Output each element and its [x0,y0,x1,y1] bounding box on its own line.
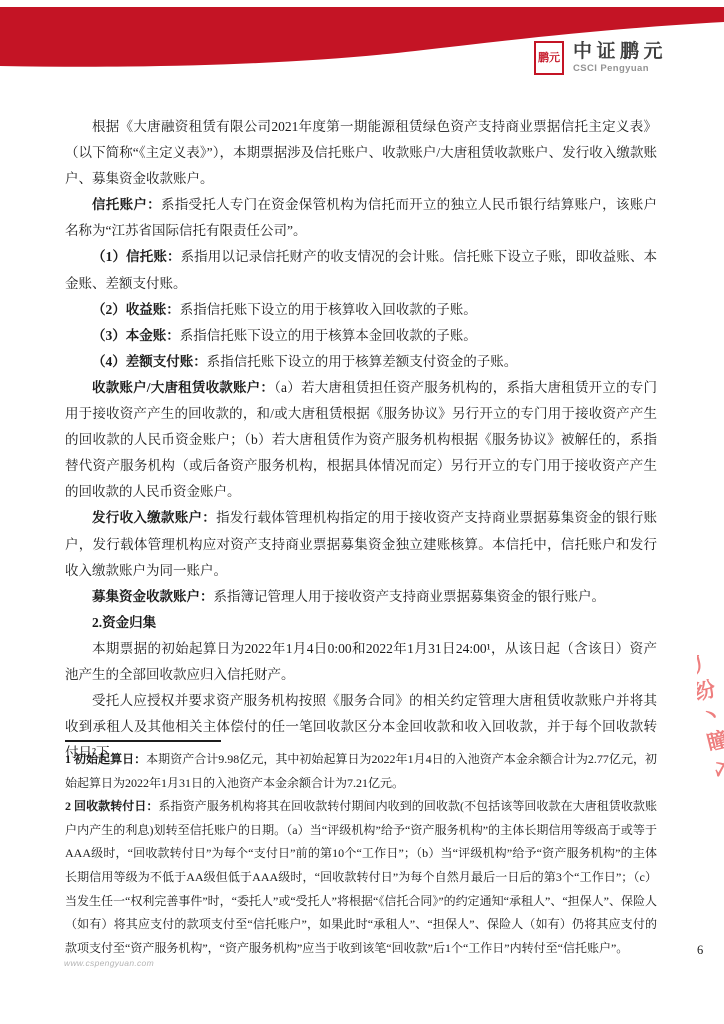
paragraph-intro: 根据《大唐融资租赁有限公司2021年度第一期能源租赁绿色资产支持商业票据信托主定… [65,114,657,192]
paragraph-lead: （2）收益账： [92,302,180,317]
footnote-text: 本期资产合计9.98亿元，其中初始起算日为2022年1月4日的入池资产本金余额合… [65,752,657,790]
section-heading-funds-pooling: 2.资金归集 [65,610,657,636]
footnote-text: 系指资产服务机构将其在回收款转付期间内收到的回收款(不包括该等回收款在大唐租赁收… [65,799,657,955]
paragraph-item-2: （2）收益账：系指信托账下设立的用于核算收入回收款的子账。 [65,297,657,323]
paragraph-item-4: （4）差额支付账：系指信托账下设立的用于核算差额支付资金的子账。 [65,349,657,375]
paragraph-text: 系指信托账下设立的用于核算差额支付资金的子账。 [207,354,518,369]
paragraph-text: 系指信托账下设立的用于核算本金回收款的子账。 [180,328,477,343]
paragraph-lead: 发行收入缴款账户： [92,510,216,525]
paragraph-text: 系指信托账下设立的用于核算收入回收款的子账。 [180,302,477,317]
paragraph-issue-payment-account: 发行收入缴款账户：指发行载体管理机构指定的用于接收资产支持商业票据募集资金的银行… [65,505,657,583]
footnote-lead: 2 回收款转付日： [65,799,159,813]
logo-name-english: CSCI Pengyuan [573,63,667,74]
paragraph-lead: 募集资金收款账户： [92,589,214,604]
paragraph-initial-date: 本期票据的初始起算日为2022年1月4日0:00和2022年1月31日24:00… [65,636,657,688]
paragraph-lead: （4）差额支付账： [92,354,207,369]
logo-name-chinese: 中证鹏元 [573,41,667,63]
paragraph-lead: （1）信托账： [92,249,181,264]
paragraph-raised-funds-account: 募集资金收款账户：系指簿记管理人用于接收资产支持商业票据募集资金的银行账户。 [65,584,657,610]
paragraph-lead: （3）本金账： [92,328,180,343]
paragraph-lead: 收款账户/大唐租赁收款账户： [92,380,274,395]
logo-seal-icon: 鹏元 [534,41,564,75]
footnote-2: 2 回收款转付日：系指资产服务机构将其在回收款转付期间内收到的回收款(不包括该等… [65,795,657,960]
footnote-separator-line [65,740,221,742]
paragraph-item-3: （3）本金账：系指信托账下设立的用于核算本金回收款的子账。 [65,323,657,349]
paragraph-item-1: （1）信托账：系指用以记录信托财产的收支情况的会计账。信托账下设立子账，即收益账… [65,244,657,296]
paragraph-collection-account: 收款账户/大唐租赁收款账户：（a）若大唐租赁担任资产服务机构的，系指大唐租赁开立… [65,375,657,505]
footnote-lead: 1 初始起算日： [65,752,146,766]
red-seal-stamp-glyphs: 丿 纷 丶 瞳 乄 [697,655,724,782]
page-number: 6 [697,943,703,958]
red-seal-stamp: 丿 纷 丶 瞳 乄 [697,655,724,807]
footnote-1: 1 初始起算日：本期资产合计9.98亿元，其中初始起算日为2022年1月4日的入… [65,748,657,795]
paragraph-text: （a）若大唐租赁担任资产服务机构的，系指大唐租赁开立的专门用于接收资产产生的回收… [65,380,657,499]
paragraph-text: 根据《大唐融资租赁有限公司2021年度第一期能源租赁绿色资产支持商业票据信托主定… [65,119,657,186]
footnotes-section: 1 初始起算日：本期资产合计9.98亿元，其中初始起算日为2022年1月4日的入… [65,740,657,960]
footer-website-url: www.cspengyuan.com [64,958,154,968]
document-body: 根据《大唐融资租赁有限公司2021年度第一期能源租赁绿色资产支持商业票据信托主定… [65,114,657,766]
company-logo: 鹏元 中证鹏元 CSCI Pengyuan [534,41,667,75]
paragraph-text: 本期票据的初始起算日为2022年1月4日0:00和2022年1月31日24:00… [65,641,657,682]
paragraph-text: 系指簿记管理人用于接收资产支持商业票据募集资金的银行账户。 [214,589,606,604]
logo-text-block: 中证鹏元 CSCI Pengyuan [573,41,667,74]
paragraph-lead: 信托账户： [92,197,161,212]
paragraph-trust-account: 信托账户：系指受托人专门在资金保管机构为信托而开立的独立人民币银行结算账户，该账… [65,192,657,244]
